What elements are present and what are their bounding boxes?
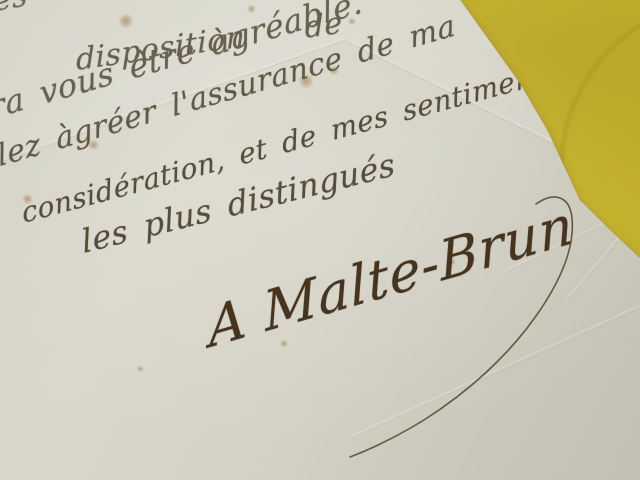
paper-shadow: es au disposition de ra vous être àgréab… xyxy=(0,0,640,480)
foxing-spot xyxy=(137,366,144,372)
fold-crease xyxy=(349,305,640,439)
foxing-spot xyxy=(118,14,134,28)
signature: A Malte-Brun xyxy=(205,192,577,360)
foxing-spot xyxy=(280,340,288,347)
letter-photo: es au disposition de ra vous être àgréab… xyxy=(0,0,640,480)
letter-paper: es au disposition de ra vous être àgréab… xyxy=(0,0,640,480)
